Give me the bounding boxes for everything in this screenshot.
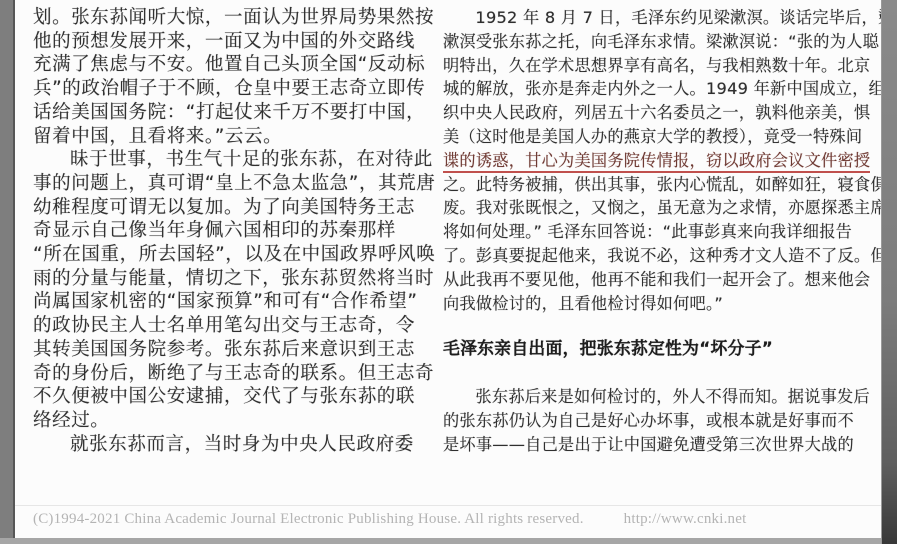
text-line: 奇的身份后，断绝了与王志奇的联系。但王志奇 [33,362,439,386]
text-line: 话给美国国务院：“打起仗来千万不要打中国， [33,101,439,125]
text-line: 奇显示自己像当年身佩六国相印的苏秦那样 [33,219,439,243]
text-line: 雨的分量与能量，情切之下，张东荪贸然将当时 [33,267,439,291]
text-line: 事的问题上，真可谓“皇上不急太监急”，其荒唐 [33,172,439,196]
footer-copyright: (C)1994-2021 China Academic Journal Elec… [33,511,584,528]
document-viewer: 划。张东荪闻听大惊，一面认为世界局势果然按他的预想发展开来，一面又为中国的外交路… [0,0,897,544]
right-paragraph-1: 1952 年 8 月 7 日，毛泽东约见梁漱溟。谈话完毕后，梁漱溟受张东荪之托，… [443,6,877,315]
text-line: 幼稚程度可谓无以复加。为了向美国特务王志 [33,196,439,220]
highlighted-text-line: 谍的诱惑，甘心为美国务院传情报，窃以政府会议文件密授 [443,149,877,173]
footer-url: http://www.cnki.net [624,511,747,528]
text-line: 明特出，久在学术思想界享有高名，与我相熟数十年。北京 [443,54,877,78]
text-line: 兵”的政治帽子于不顾，仓皇中要王志奇立即传 [33,77,439,101]
text-line: 的政协民主人士名单用笔勾出交与王志奇，令 [33,314,439,338]
text-line: 就张东荪而言，当时身为中央人民政府委 [33,433,439,457]
text-line: 是坏事——自己是出于让中国避免遭受第三次世界大战的 [443,433,877,457]
text-line: 络经过。 [33,409,439,433]
text-line: 其转美国国务院参考。张东荪后来意识到王志 [33,338,439,362]
text-line: 废。我对张既恨之，又悯之，虽无意为之求情，亦愿探悉主席 [443,196,877,220]
text-line: 从此我再不要见他，他再不能和我们一起开会了。想来他会 [443,268,877,292]
document-page: 划。张东荪闻听大惊，一面认为世界局势果然按他的预想发展开来，一面又为中国的外交路… [15,0,882,544]
text-line: 留着中国，且看将来。”云云。 [33,125,439,149]
text-line: 不久便被中国公安逮捕，交代了与张东荪的联 [33,385,439,409]
text-line: 尚属国家机密的“国家预算”和可有“合作希望” [33,290,439,314]
viewer-left-gutter [0,0,15,544]
viewer-right-gutter [881,0,897,544]
scan-bottom-edge [0,538,897,544]
text-line: 昧于世事，书生气十足的张东荪，在对待此 [33,148,439,172]
text-line: 织中央人民政府，列居五十六名委员之一，孰料他亲美，惧 [443,101,877,125]
text-line: 之。此特务被捕，供出其事，张内心慌乱，如醉如狂，寝食俱 [443,173,877,197]
left-column: 划。张东荪闻听大惊，一面认为世界局势果然按他的预想发展开来，一面又为中国的外交路… [33,6,439,456]
text-line: 划。张东荪闻听大惊，一面认为世界局势果然按 [33,6,439,30]
section-heading: 毛泽东亲自出面，把张东荪定性为“坏分子” [443,336,877,360]
text-line: 将如何处理。” 毛泽东回答说：“此事彭真来向我详细报告 [443,220,877,244]
text-line: 美（这时他是美国人办的燕京大学的教授），竟受一特殊间 [443,125,877,149]
text-line: 充满了焦虑与不安。他置自己头顶全国“反动标 [33,53,439,77]
right-paragraph-2: 张东荪后来是如何检讨的，外人不得而知。据说事发后的张东荪仍认为自己是好心办坏事，… [443,385,877,456]
text-line: 向我做检讨的，且看他检讨得如何吧。” [443,292,877,316]
text-line: 的张东荪仍认为自己是好心办坏事，或根本就是好事而不 [443,409,877,433]
text-line: 城的解放，张亦是奔走内外之一人。1949 年新中国成立，组 [443,77,877,101]
text-line: 1952 年 8 月 7 日，毛泽东约见梁漱溟。谈话完毕后，梁 [443,6,877,30]
text-line: 张东荪后来是如何检讨的，外人不得而知。据说事发后 [443,385,877,409]
footer-divider [15,505,882,506]
text-line: 漱溟受张东荪之托，向毛泽东求情。梁漱溟说：“张的为人聪 [443,30,877,54]
text-line: “所在国重，所去国轻”，以及在中国政界呼风唤 [33,243,439,267]
text-line: 了。彭真要捉起他来，我说不必，这种秀才文人造不了反。但 [443,244,877,268]
text-line: 他的预想发展开来，一面又为中国的外交路线 [33,30,439,54]
page-footer: (C)1994-2021 China Academic Journal Elec… [33,511,882,528]
right-column: 1952 年 8 月 7 日，毛泽东约见梁漱溟。谈话完毕后，梁漱溟受张东荪之托，… [443,6,877,457]
